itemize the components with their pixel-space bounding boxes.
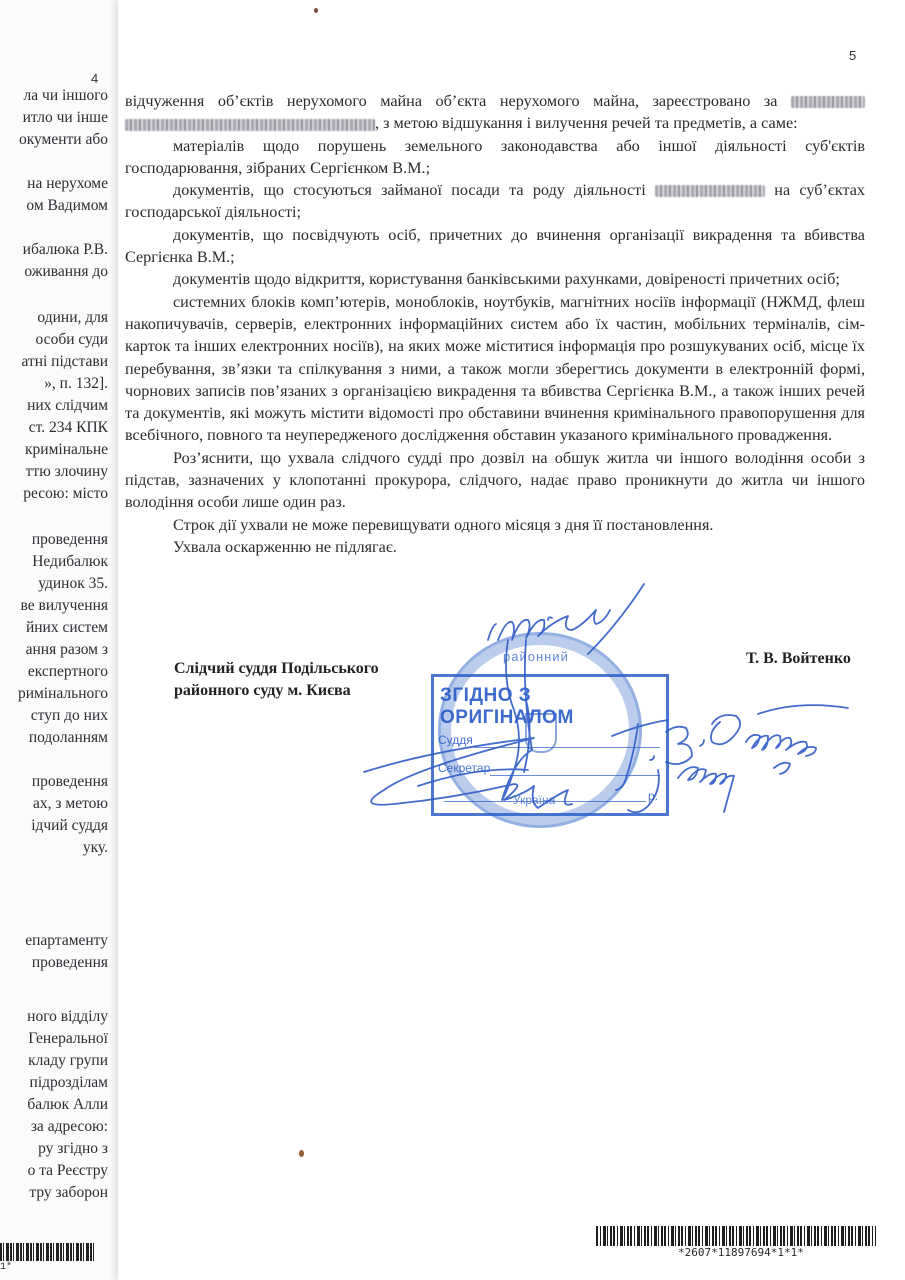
left-page-line: проведення — [32, 530, 108, 550]
paragraph-position-documents: документів, що стосуються займаної посад… — [125, 179, 865, 224]
left-page-line: проведення — [32, 772, 108, 792]
stamp-secretary-field: Секретар — [438, 761, 490, 775]
redacted-surname — [655, 185, 765, 197]
left-page-line: окументи або — [19, 130, 108, 150]
paragraph-no-appeal: Ухвала оскарженню не підлягає. — [125, 536, 865, 558]
judge-name: Т. В. Войтенко — [746, 650, 851, 668]
left-page-line: проведення — [32, 953, 108, 973]
left-page-line: тру заборон — [29, 1183, 108, 1203]
certified-copy-stamp: ЗГІДНО З ОРИГІНАЛОМ Суддя Секретар р. — [431, 674, 669, 816]
left-page-line: Недибалюк — [32, 552, 108, 572]
paragraph-explanation: Роз’яснити, що ухвала слідчого судді про… — [125, 447, 865, 514]
left-page-line: ступ до них — [31, 706, 108, 726]
left-page-line: атні підстави — [21, 352, 108, 372]
left-page-line: римінального — [18, 684, 108, 704]
document-barcode — [596, 1226, 876, 1246]
paragraph-land-materials: матеріалів щодо порушень земельного зако… — [125, 135, 865, 180]
document-body: відчуження об’єктів нерухомого майна об’… — [125, 90, 865, 558]
paragraph-electronic-devices: системних блоків комп’ютерів, моноблоків… — [125, 291, 865, 447]
left-page-line: кримінальне — [25, 440, 108, 460]
left-page-line: оживання до — [24, 262, 108, 282]
left-page-line: особи суди — [36, 330, 108, 350]
left-page-line: уку. — [83, 838, 108, 858]
left-page-line: о та Реєстру — [28, 1161, 108, 1181]
paragraph-bank-documents: документів щодо відкриття, користування … — [125, 268, 865, 290]
left-page-line: ідчий суддя — [31, 816, 108, 836]
left-page-line: експертного — [28, 662, 108, 682]
left-page-line: епартаменту — [25, 931, 108, 951]
left-page-line: ом Вадимом — [26, 196, 108, 216]
left-page-line: ла чи іншого — [24, 86, 108, 106]
left-page-number: 4 — [91, 71, 98, 86]
left-page-line: подоланням — [29, 728, 108, 748]
left-page-line: ст. 234 КПК — [29, 418, 108, 438]
redacted-name-date — [125, 119, 375, 131]
right-page: 5 відчуження об’єктів нерухомого майна о… — [118, 0, 905, 1280]
left-page-line: балюк Алли — [27, 1095, 108, 1115]
left-page-line: одини, для — [37, 308, 108, 328]
paper-speck — [299, 1150, 304, 1157]
left-page-line: ибалюка Р.В. — [23, 240, 108, 260]
stamp-date-line — [444, 801, 646, 802]
left-barcode — [0, 1243, 96, 1261]
left-page-line: итло чи інше — [23, 108, 108, 128]
left-page: 4 ла чи іншогоитло чи іншеокументи абона… — [0, 0, 120, 1280]
left-page-line: удинок 35. — [38, 574, 108, 594]
left-page-line: ного відділу — [27, 1007, 108, 1027]
paper-speck — [314, 8, 318, 13]
paragraph-validity-term: Строк дії ухвали не може перевищувати од… — [125, 514, 865, 536]
left-page-line: підрозділам — [30, 1073, 108, 1093]
paragraph-persons-documents: документів, що посвідчують осіб, причетн… — [125, 224, 865, 269]
left-page-line: Генеральної — [28, 1029, 108, 1049]
left-page-line: кладу групи — [28, 1051, 108, 1071]
seal-top-text: районний — [503, 649, 569, 664]
stamp-title: ЗГІДНО З ОРИГІНАЛОМ — [440, 685, 666, 729]
left-page-line: за адресою: — [31, 1117, 108, 1137]
barcode-number: *2607*11897694*1*1* — [678, 1246, 804, 1259]
left-page-line: ру згідно з — [38, 1139, 108, 1159]
left-page-line: ах, з метою — [33, 794, 108, 814]
left-page-line: йних систем — [26, 618, 108, 638]
stamp-judge-line — [474, 747, 660, 748]
left-page-line: », п. 132]. — [44, 374, 108, 394]
left-page-line: ттю злочину — [26, 462, 108, 482]
stamp-year-suffix: р. — [648, 789, 658, 803]
left-page-line: них слідчим — [27, 396, 108, 416]
redacted-name — [791, 96, 865, 108]
left-page-line: ання разом з — [26, 640, 108, 660]
left-page-line: ве вилучення — [21, 596, 108, 616]
left-barcode-text: 1* — [0, 1262, 12, 1273]
judge-title: Слідчий суддя Подільського районного суд… — [174, 658, 379, 702]
right-page-number: 5 — [849, 48, 856, 63]
left-page-line: на нерухоме — [27, 174, 108, 194]
stamp-judge-field: Суддя — [438, 733, 473, 747]
stamp-secretary-line — [490, 775, 660, 776]
paragraph-property: відчуження об’єктів нерухомого майна об’… — [125, 90, 865, 135]
left-page-line: ресою: місто — [23, 484, 108, 504]
